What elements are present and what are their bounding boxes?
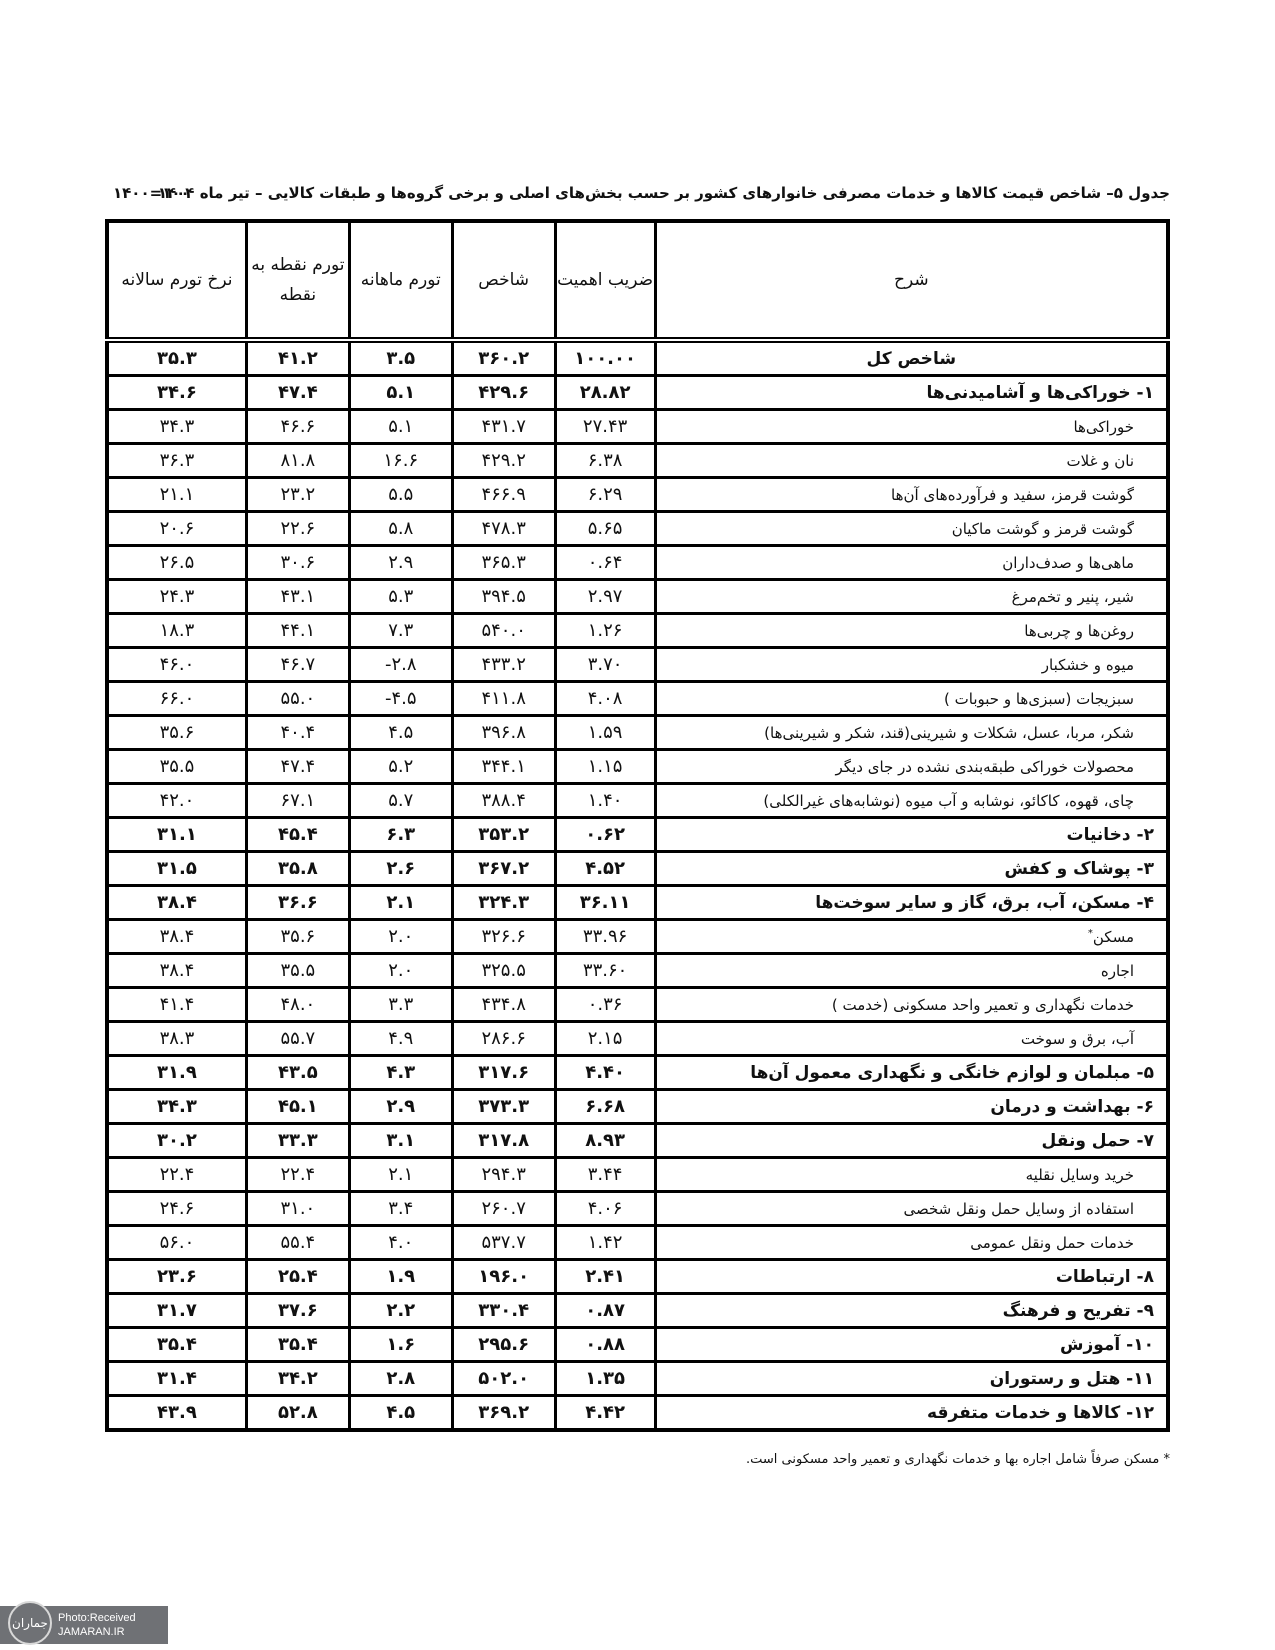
base-year: ۱۴۰۰=۱۰۰ <box>113 184 190 202</box>
row-annual-inflation: ۲۴.۶ <box>107 1192 246 1226</box>
row-index: ۴۷۸.۳ <box>452 512 555 546</box>
row-monthly-inflation: ۲.۸ <box>349 1362 452 1396</box>
col-index: شاخص <box>452 221 555 340</box>
table-row: ۳- پوشاک و کفش۴.۵۲۳۶۷.۲۲.۶۳۵.۸۳۱.۵ <box>107 852 1168 886</box>
row-description-text: روغن‌ها و چربی‌ها <box>1024 622 1134 640</box>
table-row: خرید وسایل نقلیه۳.۴۴۲۹۴.۳۲.۱۲۲.۴۲۲.۴ <box>107 1158 1168 1192</box>
row-description: ۶- بهداشت و درمان <box>655 1090 1168 1124</box>
row-description: ۵- مبلمان و لوازم خانگی و نگهداری معمول … <box>655 1056 1168 1090</box>
row-monthly-inflation: ۱.۶ <box>349 1328 452 1362</box>
row-description-text: آب، برق و سوخت <box>1021 1030 1134 1048</box>
table-row: شیر، پنیر و تخم‌مرغ۲.۹۷۳۹۴.۵۵.۳۴۳.۱۲۴.۳ <box>107 580 1168 614</box>
row-weight: ۳۶.۱۱ <box>555 886 655 920</box>
table-row: چای، قهوه، کاکائو، نوشابه و آب میوه (نوش… <box>107 784 1168 818</box>
row-point-inflation: ۳۱.۰ <box>246 1192 349 1226</box>
row-point-inflation: ۴۶.۷ <box>246 648 349 682</box>
row-description: استفاده از وسایل حمل ونقل شخصی <box>655 1192 1168 1226</box>
row-description-text: ۶- بهداشت و درمان <box>990 1097 1154 1117</box>
table-row: ۲- دخانیات۰.۶۲۳۵۳.۲۶.۳۴۵.۴۳۱.۱ <box>107 818 1168 852</box>
row-point-inflation: ۵۵.۴ <box>246 1226 349 1260</box>
row-description: ماهی‌ها و صدف‌داران <box>655 546 1168 580</box>
col-monthly-inflation: تورم ماهانه <box>349 221 452 340</box>
table-row: ۷- حمل ونقل۸.۹۳۳۱۷.۸۳.۱۳۳.۳۳۰.۲ <box>107 1124 1168 1158</box>
row-description: شیر، پنیر و تخم‌مرغ <box>655 580 1168 614</box>
row-index: ۳۶۹.۲ <box>452 1396 555 1431</box>
row-weight: ۶.۶۸ <box>555 1090 655 1124</box>
row-index: ۵۰۲.۰ <box>452 1362 555 1396</box>
row-index: ۳۶۰.۲ <box>452 340 555 376</box>
table-row: ۱۰- آموزش۰.۸۸۲۹۵.۶۱.۶۳۵.۴۳۵.۴ <box>107 1328 1168 1362</box>
row-description: خدمات نگهداری و تعمیر واحد مسکونی (خدمت … <box>655 988 1168 1022</box>
row-weight: ۲.۹۷ <box>555 580 655 614</box>
watermark-line1: Photo:Received <box>58 1611 136 1625</box>
table-row: آب، برق و سوخت۲.۱۵۲۸۶.۶۴.۹۵۵.۷۳۸.۳ <box>107 1022 1168 1056</box>
row-index: ۳۱۷.۶ <box>452 1056 555 1090</box>
row-index: ۳۲۶.۶ <box>452 920 555 954</box>
row-monthly-inflation: ۲.۹ <box>349 546 452 580</box>
row-description: ۸- ارتباطات <box>655 1260 1168 1294</box>
col-annual-inflation: نرخ تورم سالانه <box>107 221 246 340</box>
row-index: ۳۶۵.۳ <box>452 546 555 580</box>
row-description-text: ۲- دخانیات <box>1066 825 1154 845</box>
row-description-text: میوه و خشکبار <box>1042 656 1134 674</box>
row-index: ۴۳۱.۷ <box>452 410 555 444</box>
row-weight: ۶.۲۹ <box>555 478 655 512</box>
row-point-inflation: ۳۵.۶ <box>246 920 349 954</box>
row-weight: ۱.۱۵ <box>555 750 655 784</box>
row-description: ۱۰- آموزش <box>655 1328 1168 1362</box>
row-weight: ۰.۳۶ <box>555 988 655 1022</box>
table-row: میوه و خشکبار۳.۷۰۴۳۳.۲-۲.۸۴۶.۷۴۶.۰ <box>107 648 1168 682</box>
row-description: اجاره <box>655 954 1168 988</box>
row-weight: ۰.۶۲ <box>555 818 655 852</box>
row-description: ۴- مسکن، آب، برق، گاز و سایر سوخت‌ها <box>655 886 1168 920</box>
row-weight: ۲۷.۴۳ <box>555 410 655 444</box>
row-index: ۳۹۶.۸ <box>452 716 555 750</box>
row-weight: ۲۸.۸۲ <box>555 376 655 410</box>
row-point-inflation: ۳۶.۶ <box>246 886 349 920</box>
table-title: جدول ۵– شاخص قیمت کالاها و خدمات مصرفی خ… <box>158 184 1170 202</box>
table-row: ماهی‌ها و صدف‌داران۰.۶۴۳۶۵.۳۲.۹۳۰.۶۲۶.۵ <box>107 546 1168 580</box>
row-weight: ۸.۹۳ <box>555 1124 655 1158</box>
row-description-text: شاخص کل <box>867 349 957 369</box>
row-weight: ۳۳.۹۶ <box>555 920 655 954</box>
row-description: ۱۱- هتل و رستوران <box>655 1362 1168 1396</box>
title-row: جدول ۵– شاخص قیمت کالاها و خدمات مصرفی خ… <box>105 184 1170 208</box>
row-description-text: ۹- تفریح و فرهنگ <box>1003 1301 1154 1321</box>
row-point-inflation: ۳۵.۸ <box>246 852 349 886</box>
row-description: ۳- پوشاک و کفش <box>655 852 1168 886</box>
row-description: آب، برق و سوخت <box>655 1022 1168 1056</box>
table-row: خدمات حمل ونقل عمومی۱.۴۲۵۳۷.۷۴.۰۵۵.۴۵۶.۰ <box>107 1226 1168 1260</box>
row-description-text: خدمات حمل ونقل عمومی <box>970 1234 1134 1252</box>
row-annual-inflation: ۲۱.۱ <box>107 478 246 512</box>
row-weight: ۱.۴۲ <box>555 1226 655 1260</box>
row-description-text: سبزیجات (سبزی‌ها و حبوبات ) <box>944 690 1134 708</box>
row-index: ۵۴۰.۰ <box>452 614 555 648</box>
row-index: ۴۱۱.۸ <box>452 682 555 716</box>
row-description-text: ماهی‌ها و صدف‌داران <box>1002 554 1134 572</box>
row-annual-inflation: ۶۶.۰ <box>107 682 246 716</box>
row-monthly-inflation: ۱۶.۶ <box>349 444 452 478</box>
table-row: نان و غلات۶.۳۸۴۲۹.۲۱۶.۶۸۱.۸۳۶.۳ <box>107 444 1168 478</box>
row-description-text: شکر، مربا، عسل، شکلات و شیرینی(قند، شکر … <box>764 724 1134 742</box>
row-index: ۴۲۹.۶ <box>452 376 555 410</box>
row-weight: ۰.۶۴ <box>555 546 655 580</box>
table-row: ۱۱- هتل و رستوران۱.۳۵۵۰۲.۰۲.۸۳۴.۲۳۱.۴ <box>107 1362 1168 1396</box>
row-description: شاخص کل <box>655 340 1168 376</box>
table-row: شکر، مربا، عسل، شکلات و شیرینی(قند، شکر … <box>107 716 1168 750</box>
row-description-text: شیر، پنیر و تخم‌مرغ <box>1012 588 1134 606</box>
row-point-inflation: ۲۵.۴ <box>246 1260 349 1294</box>
row-monthly-inflation: ۴.۵ <box>349 716 452 750</box>
row-annual-inflation: ۳۰.۲ <box>107 1124 246 1158</box>
row-monthly-inflation: ۵.۳ <box>349 580 452 614</box>
table-row: سبزیجات (سبزی‌ها و حبوبات )۴.۰۸۴۱۱.۸-۴.۵… <box>107 682 1168 716</box>
row-point-inflation: ۴۷.۴ <box>246 750 349 784</box>
row-weight: ۴.۴۲ <box>555 1396 655 1431</box>
row-index: ۲۶۰.۷ <box>452 1192 555 1226</box>
row-description: گوشت قرمز و گوشت ماکیان <box>655 512 1168 546</box>
row-description: ۱- خوراکی‌ها و آشامیدنی‌ها <box>655 376 1168 410</box>
row-point-inflation: ۲۲.۶ <box>246 512 349 546</box>
row-annual-inflation: ۳۸.۴ <box>107 920 246 954</box>
row-monthly-inflation: ۳.۴ <box>349 1192 452 1226</box>
table-row: ۴- مسکن، آب، برق، گاز و سایر سوخت‌ها۳۶.۱… <box>107 886 1168 920</box>
row-weight: ۰.۸۷ <box>555 1294 655 1328</box>
row-weight: ۳۳.۶۰ <box>555 954 655 988</box>
row-index: ۳۴۴.۱ <box>452 750 555 784</box>
col-description: شرح <box>655 221 1168 340</box>
row-description-text: ۸- ارتباطات <box>1056 1267 1154 1287</box>
row-monthly-inflation: -۲.۸ <box>349 648 452 682</box>
row-annual-inflation: ۳۸.۳ <box>107 1022 246 1056</box>
row-monthly-inflation: ۵.۱ <box>349 410 452 444</box>
row-annual-inflation: ۴۲.۰ <box>107 784 246 818</box>
row-monthly-inflation: ۲.۱ <box>349 1158 452 1192</box>
row-index: ۴۲۹.۲ <box>452 444 555 478</box>
row-annual-inflation: ۲۲.۴ <box>107 1158 246 1192</box>
table-row: خدمات نگهداری و تعمیر واحد مسکونی (خدمت … <box>107 988 1168 1022</box>
row-index: ۴۳۴.۸ <box>452 988 555 1022</box>
row-index: ۳۱۷.۸ <box>452 1124 555 1158</box>
row-point-inflation: ۳۵.۵ <box>246 954 349 988</box>
row-monthly-inflation: ۴.۳ <box>349 1056 452 1090</box>
row-description-text: استفاده از وسایل حمل ونقل شخصی <box>903 1200 1134 1218</box>
row-weight: ۳.۷۰ <box>555 648 655 682</box>
row-annual-inflation: ۳۱.۷ <box>107 1294 246 1328</box>
row-monthly-inflation: ۷.۳ <box>349 614 452 648</box>
row-description-text: محصولات خوراکی طبقه‌بندی نشده در جای دیگ… <box>836 758 1134 776</box>
row-index: ۲۹۴.۳ <box>452 1158 555 1192</box>
row-index: ۳۸۸.۴ <box>452 784 555 818</box>
row-annual-inflation: ۳۵.۴ <box>107 1328 246 1362</box>
row-monthly-inflation: ۲.۱ <box>349 886 452 920</box>
row-weight: ۱.۳۵ <box>555 1362 655 1396</box>
row-weight: ۴.۰۶ <box>555 1192 655 1226</box>
row-description: ۹- تفریح و فرهنگ <box>655 1294 1168 1328</box>
jamaran-logo-icon: جماران <box>8 1601 52 1645</box>
row-annual-inflation: ۲۶.۵ <box>107 546 246 580</box>
watermark-text: Photo:Received JAMARAN.IR <box>58 1611 136 1639</box>
row-annual-inflation: ۳۵.۶ <box>107 716 246 750</box>
row-description-text: خدمات نگهداری و تعمیر واحد مسکونی (خدمت … <box>832 996 1134 1014</box>
row-monthly-inflation: ۲.۹ <box>349 1090 452 1124</box>
row-monthly-inflation: ۶.۳ <box>349 818 452 852</box>
row-index: ۲۹۵.۶ <box>452 1328 555 1362</box>
row-annual-inflation: ۳۱.۹ <box>107 1056 246 1090</box>
row-index: ۲۸۶.۶ <box>452 1022 555 1056</box>
row-point-inflation: ۴۸.۰ <box>246 988 349 1022</box>
row-monthly-inflation: ۲.۲ <box>349 1294 452 1328</box>
row-annual-inflation: ۴۱.۴ <box>107 988 246 1022</box>
row-point-inflation: ۳۰.۶ <box>246 546 349 580</box>
row-point-inflation: ۳۵.۴ <box>246 1328 349 1362</box>
row-description-text: ۳- پوشاک و کفش <box>1005 859 1154 879</box>
row-description: ۷- حمل ونقل <box>655 1124 1168 1158</box>
row-monthly-inflation: ۴.۵ <box>349 1396 452 1431</box>
table-row: خوراکی‌ها۲۷.۴۳۴۳۱.۷۵.۱۴۶.۶۳۴.۳ <box>107 410 1168 444</box>
row-description: محصولات خوراکی طبقه‌بندی نشده در جای دیگ… <box>655 750 1168 784</box>
row-index: ۳۵۳.۲ <box>452 818 555 852</box>
row-description-text: خوراکی‌ها <box>1073 418 1134 436</box>
row-weight: ۴.۰۸ <box>555 682 655 716</box>
col-point-inflation: تورم نقطه به نقطه <box>246 221 349 340</box>
row-monthly-inflation: ۴.۰ <box>349 1226 452 1260</box>
table-row: ۱۲- کالاها و خدمات متفرقه۴.۴۲۳۶۹.۲۴.۵۵۲.… <box>107 1396 1168 1431</box>
row-monthly-inflation: ۵.۷ <box>349 784 452 818</box>
row-description-text: ۱۲- کالاها و خدمات متفرقه <box>927 1403 1154 1423</box>
table-row: ۸- ارتباطات۲.۴۱۱۹۶.۰۱.۹۲۵.۴۲۳.۶ <box>107 1260 1168 1294</box>
row-monthly-inflation: ۳.۱ <box>349 1124 452 1158</box>
row-point-inflation: ۳۳.۳ <box>246 1124 349 1158</box>
table-header-row: شرح ضریب اهمیت شاخص تورم ماهانه تورم نقط… <box>107 221 1168 340</box>
table-row: ۱- خوراکی‌ها و آشامیدنی‌ها۲۸.۸۲۴۲۹.۶۵.۱۴… <box>107 376 1168 410</box>
row-point-inflation: ۴۳.۱ <box>246 580 349 614</box>
row-annual-inflation: ۳۸.۴ <box>107 954 246 988</box>
row-weight: ۲.۴۱ <box>555 1260 655 1294</box>
row-index: ۳۹۴.۵ <box>452 580 555 614</box>
row-description-text: ۷- حمل ونقل <box>1042 1131 1154 1151</box>
row-description: روغن‌ها و چربی‌ها <box>655 614 1168 648</box>
row-monthly-inflation: ۱.۹ <box>349 1260 452 1294</box>
row-annual-inflation: ۲۰.۶ <box>107 512 246 546</box>
row-point-inflation: ۴۱.۲ <box>246 340 349 376</box>
row-monthly-inflation: ۵.۵ <box>349 478 452 512</box>
row-point-inflation: ۴۵.۴ <box>246 818 349 852</box>
row-monthly-inflation: -۴.۵ <box>349 682 452 716</box>
row-point-inflation: ۴۵.۱ <box>246 1090 349 1124</box>
row-annual-inflation: ۳۶.۳ <box>107 444 246 478</box>
cpi-table: شرح ضریب اهمیت شاخص تورم ماهانه تورم نقط… <box>105 219 1170 1432</box>
row-annual-inflation: ۴۳.۹ <box>107 1396 246 1431</box>
row-annual-inflation: ۳۴.۶ <box>107 376 246 410</box>
row-annual-inflation: ۲۳.۶ <box>107 1260 246 1294</box>
table-row: ۵- مبلمان و لوازم خانگی و نگهداری معمول … <box>107 1056 1168 1090</box>
row-description-text: مسکن <box>1093 928 1134 946</box>
row-index: ۳۳۰.۴ <box>452 1294 555 1328</box>
row-description-text: ۱۰- آموزش <box>1060 1335 1154 1355</box>
row-index: ۳۲۵.۵ <box>452 954 555 988</box>
row-point-inflation: ۴۷.۴ <box>246 376 349 410</box>
row-index: ۳۲۴.۳ <box>452 886 555 920</box>
row-annual-inflation: ۵۶.۰ <box>107 1226 246 1260</box>
row-description: خرید وسایل نقلیه <box>655 1158 1168 1192</box>
row-point-inflation: ۴۴.۱ <box>246 614 349 648</box>
row-monthly-inflation: ۵.۸ <box>349 512 452 546</box>
row-monthly-inflation: ۳.۳ <box>349 988 452 1022</box>
row-point-inflation: ۶۷.۱ <box>246 784 349 818</box>
table-row: اجاره۳۳.۶۰۳۲۵.۵۲.۰۳۵.۵۳۸.۴ <box>107 954 1168 988</box>
row-description-text: ۴- مسکن، آب، برق، گاز و سایر سوخت‌ها <box>815 893 1154 913</box>
row-description: ۱۲- کالاها و خدمات متفرقه <box>655 1396 1168 1431</box>
row-monthly-inflation: ۵.۲ <box>349 750 452 784</box>
row-description: میوه و خشکبار <box>655 648 1168 682</box>
row-description-text: اجاره <box>1101 962 1134 980</box>
col-weight: ضریب اهمیت <box>555 221 655 340</box>
row-annual-inflation: ۱۸.۳ <box>107 614 246 648</box>
table-row: ۹- تفریح و فرهنگ۰.۸۷۳۳۰.۴۲.۲۳۷.۶۳۱.۷ <box>107 1294 1168 1328</box>
row-description-text: خرید وسایل نقلیه <box>1026 1166 1134 1184</box>
table-row: شاخص کل۱۰۰.۰۰۳۶۰.۲۳.۵۴۱.۲۳۵.۳ <box>107 340 1168 376</box>
row-description: مسکن* <box>655 920 1168 954</box>
row-point-inflation: ۲۲.۴ <box>246 1158 349 1192</box>
row-point-inflation: ۸۱.۸ <box>246 444 349 478</box>
row-annual-inflation: ۳۵.۵ <box>107 750 246 784</box>
row-weight: ۴.۴۰ <box>555 1056 655 1090</box>
row-index: ۵۳۷.۷ <box>452 1226 555 1260</box>
row-description-text: چای، قهوه، کاکائو، نوشابه و آب میوه (نوش… <box>763 792 1134 810</box>
row-point-inflation: ۲۳.۲ <box>246 478 349 512</box>
row-annual-inflation: ۴۶.۰ <box>107 648 246 682</box>
row-weight: ۱.۲۶ <box>555 614 655 648</box>
row-description: خدمات حمل ونقل عمومی <box>655 1226 1168 1260</box>
row-weight: ۳.۴۴ <box>555 1158 655 1192</box>
table-row: گوشت قرمز، سفید و فرآورده‌های آن‌ها۶.۲۹۴… <box>107 478 1168 512</box>
row-description: خوراکی‌ها <box>655 410 1168 444</box>
row-point-inflation: ۴۰.۴ <box>246 716 349 750</box>
row-weight: ۰.۸۸ <box>555 1328 655 1362</box>
row-annual-inflation: ۳۴.۳ <box>107 410 246 444</box>
row-index: ۳۶۷.۲ <box>452 852 555 886</box>
row-description-text: گوشت قرمز، سفید و فرآورده‌های آن‌ها <box>891 486 1134 504</box>
row-weight: ۲.۱۵ <box>555 1022 655 1056</box>
row-point-inflation: ۴۳.۵ <box>246 1056 349 1090</box>
row-weight: ۴.۵۲ <box>555 852 655 886</box>
table-row: محصولات خوراکی طبقه‌بندی نشده در جای دیگ… <box>107 750 1168 784</box>
row-monthly-inflation: ۲.۰ <box>349 954 452 988</box>
watermark: جماران Photo:Received JAMARAN.IR <box>0 1606 168 1644</box>
row-monthly-inflation: ۵.۱ <box>349 376 452 410</box>
row-weight: ۱.۵۹ <box>555 716 655 750</box>
row-description-text: ۱۱- هتل و رستوران <box>990 1369 1154 1389</box>
row-description-text: گوشت قرمز و گوشت ماکیان <box>952 520 1134 538</box>
row-annual-inflation: ۳۸.۴ <box>107 886 246 920</box>
row-description: سبزیجات (سبزی‌ها و حبوبات ) <box>655 682 1168 716</box>
row-point-inflation: ۳۷.۶ <box>246 1294 349 1328</box>
watermark-line2: JAMARAN.IR <box>58 1625 136 1639</box>
row-index: ۴۳۳.۲ <box>452 648 555 682</box>
row-index: ۱۹۶.۰ <box>452 1260 555 1294</box>
row-description: گوشت قرمز، سفید و فرآورده‌های آن‌ها <box>655 478 1168 512</box>
row-point-inflation: ۵۲.۸ <box>246 1396 349 1431</box>
row-point-inflation: ۵۵.۷ <box>246 1022 349 1056</box>
row-description-text: ۵- مبلمان و لوازم خانگی و نگهداری معمول … <box>750 1063 1154 1083</box>
row-index: ۴۶۶.۹ <box>452 478 555 512</box>
row-index: ۳۷۳.۳ <box>452 1090 555 1124</box>
row-annual-inflation: ۳۱.۵ <box>107 852 246 886</box>
row-description: شکر، مربا، عسل، شکلات و شیرینی(قند، شکر … <box>655 716 1168 750</box>
footnote: * مسکن صرفاً شامل اجاره بها و خدمات نگهد… <box>746 1452 1170 1467</box>
row-description-text: نان و غلات <box>1067 452 1134 470</box>
row-weight: ۱.۴۰ <box>555 784 655 818</box>
row-point-inflation: ۳۴.۲ <box>246 1362 349 1396</box>
row-monthly-inflation: ۲.۰ <box>349 920 452 954</box>
row-description-text: ۱- خوراکی‌ها و آشامیدنی‌ها <box>926 383 1154 403</box>
table-row: استفاده از وسایل حمل ونقل شخصی۴.۰۶۲۶۰.۷۳… <box>107 1192 1168 1226</box>
table-row: روغن‌ها و چربی‌ها۱.۲۶۵۴۰.۰۷.۳۴۴.۱۱۸.۳ <box>107 614 1168 648</box>
row-point-inflation: ۵۵.۰ <box>246 682 349 716</box>
row-point-inflation: ۴۶.۶ <box>246 410 349 444</box>
row-description: نان و غلات <box>655 444 1168 478</box>
row-weight: ۱۰۰.۰۰ <box>555 340 655 376</box>
row-annual-inflation: ۳۱.۴ <box>107 1362 246 1396</box>
row-monthly-inflation: ۳.۵ <box>349 340 452 376</box>
row-annual-inflation: ۲۴.۳ <box>107 580 246 614</box>
row-weight: ۶.۳۸ <box>555 444 655 478</box>
row-monthly-inflation: ۲.۶ <box>349 852 452 886</box>
table-row: ۶- بهداشت و درمان۶.۶۸۳۷۳.۳۲.۹۴۵.۱۳۴.۳ <box>107 1090 1168 1124</box>
row-monthly-inflation: ۴.۹ <box>349 1022 452 1056</box>
table-row: مسکن*۳۳.۹۶۳۲۶.۶۲.۰۳۵.۶۳۸.۴ <box>107 920 1168 954</box>
row-description: چای، قهوه، کاکائو، نوشابه و آب میوه (نوش… <box>655 784 1168 818</box>
table-body: شاخص کل۱۰۰.۰۰۳۶۰.۲۳.۵۴۱.۲۳۵.۳۱- خوراکی‌ه… <box>107 340 1168 1430</box>
row-weight: ۵.۶۵ <box>555 512 655 546</box>
row-annual-inflation: ۳۱.۱ <box>107 818 246 852</box>
row-annual-inflation: ۳۴.۳ <box>107 1090 246 1124</box>
row-description: ۲- دخانیات <box>655 818 1168 852</box>
table-row: گوشت قرمز و گوشت ماکیان۵.۶۵۴۷۸.۳۵.۸۲۲.۶۲… <box>107 512 1168 546</box>
row-annual-inflation: ۳۵.۳ <box>107 340 246 376</box>
